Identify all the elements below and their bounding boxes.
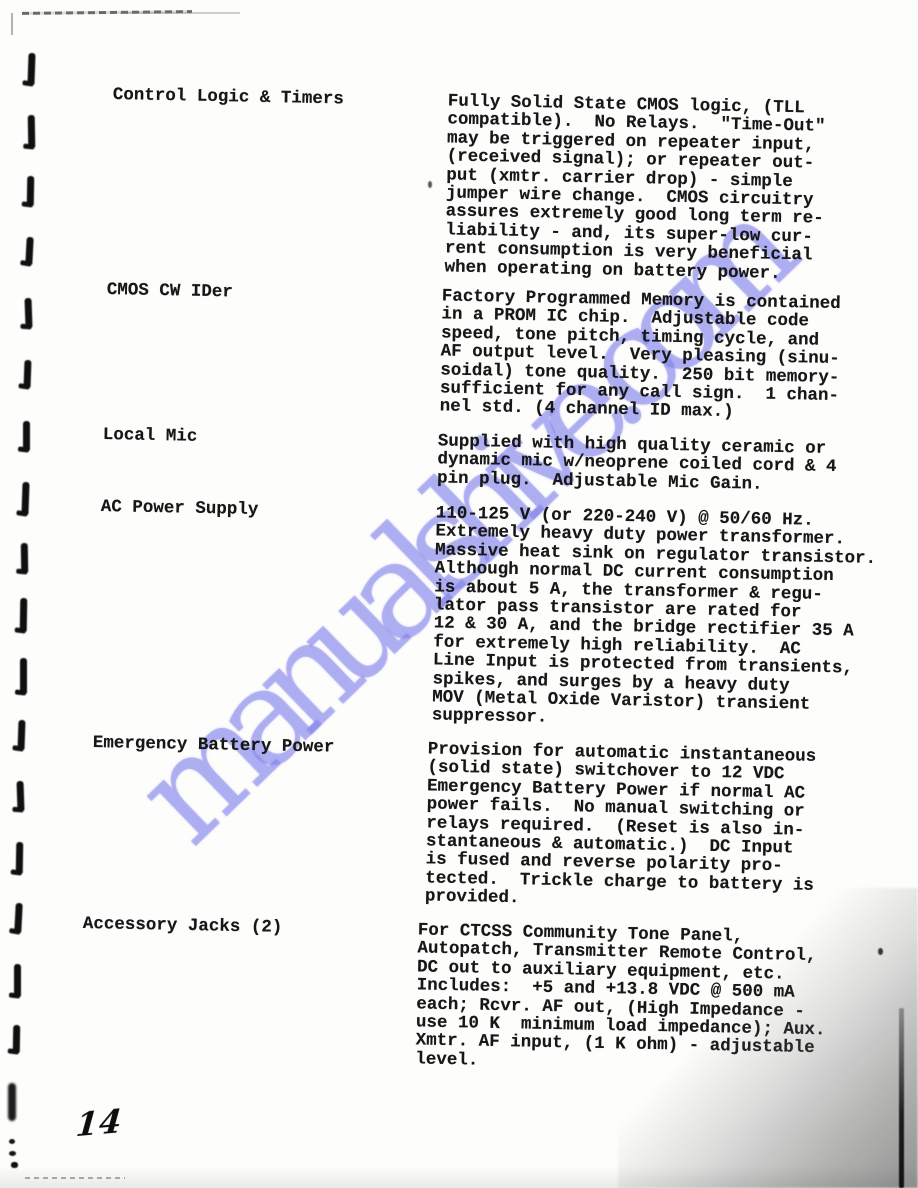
spec-description: For CTCSS Community Tone Panel, Autopatc… [415,921,827,1076]
spec-description: Provision for automatic instantaneous (s… [425,740,817,913]
spec-row-cmos-cw-ider: CMOS CW IDer Factory Programmed Memory i… [105,281,841,424]
binder-hole-mark [20,658,27,694]
spec-label: Control Logic & Timers [109,86,447,276]
spec-description: Fully Solid State CMOS logic, (TLL compa… [444,92,826,283]
spec-label: AC Power Supply [97,498,436,725]
binder-hole-mark [23,421,30,451]
spec-sheet: Control Logic & Timers Fully Solid State… [0,0,918,1188]
binder-hole-mark [27,176,35,206]
spec-label: Emergency Battery Power [90,734,428,906]
binder-hole-mark [24,360,32,388]
binder-hole-mark [16,781,24,811]
binder-hole-mark [21,482,29,515]
binder-hole-mark [14,964,21,997]
binder-hole-mark [21,543,29,573]
spec-row-ac-power-supply: AC Power Supply 110-125 V (or 220-240 V)… [97,498,877,734]
spec-description: Supplied with high quality ceramic or dy… [437,432,837,495]
spec-row-control-logic: Control Logic & Timers Fully Solid State… [109,86,825,284]
binder-hole-mark [28,115,36,148]
binder-hole-mark [27,53,35,85]
binder-hole-mark [13,1025,20,1053]
spec-label: CMOS CW IDer [105,281,442,416]
page-number: 14 [74,1102,124,1144]
spec-label: Accessory Jacks (2) [80,915,418,1069]
spec-label: Local Mic [102,426,438,488]
binder-hole-mark [24,298,32,328]
spec-row-emergency-battery-power: Emergency Battery Power Provision for au… [90,734,817,914]
binder-hole-mark [20,598,28,632]
spec-description: 110-125 V (or 220-240 V) @ 50/60 Hz. Ext… [432,504,877,733]
spec-description: Factory Programmed Memory is contained i… [439,287,840,423]
spec-row-local-mic: Local Mic Supplied with high quality cer… [102,426,837,495]
spec-row-accessory-jacks: Accessory Jacks (2) For CTCSS Community … [80,915,827,1077]
binder-hole-mark [17,720,25,750]
document-page: manualshive.com Control Logic & Timers F… [0,0,918,1188]
binder-hole-mark [16,842,24,874]
binder-hole-mark [25,237,33,265]
